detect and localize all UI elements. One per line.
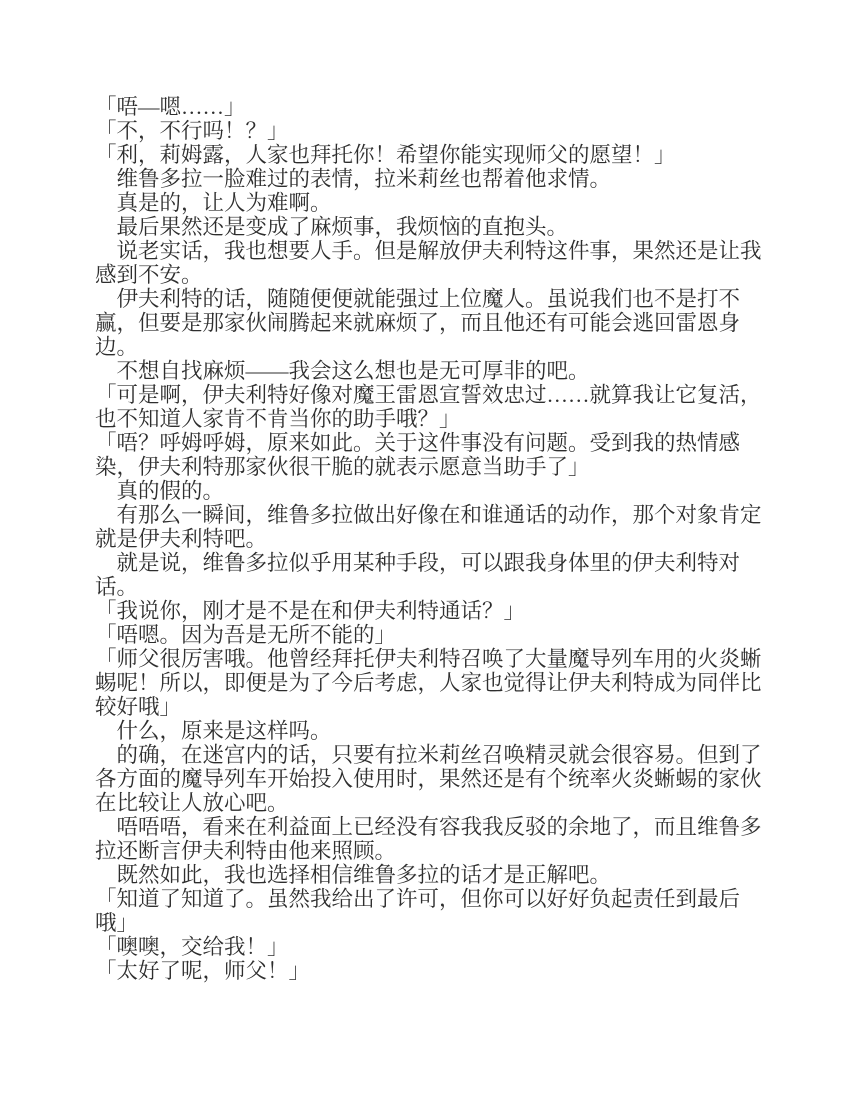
text-line: 「我说你，刚才是不是在和伊夫利特通话？」	[95, 599, 767, 623]
text-line: 唔唔唔，看来在利益面上已经没有容我我反驳的余地了，而且维鲁多	[95, 815, 767, 839]
text-line: 的确，在迷宫内的话，只要有拉米莉丝召唤精灵就会很容易。但到了	[95, 743, 767, 767]
text-line: 真的假的。	[95, 479, 767, 503]
text-line: 也不知道人家肯不肯当你的助手哦？」	[95, 407, 767, 431]
text-line: 「可是啊，伊夫利特好像对魔王雷恩宣誓效忠过……就算我让它复活，	[95, 383, 767, 407]
text-line: 维鲁多拉一脸难过的表情，拉米莉丝也帮着他求情。	[95, 167, 767, 191]
text-line: 有那么一瞬间，维鲁多拉做出好像在和谁通话的动作，那个对象肯定	[95, 503, 767, 527]
text-line: 「不，不行吗！？」	[95, 119, 767, 143]
text-line: 边。	[95, 335, 767, 359]
text-line: 话。	[95, 575, 767, 599]
text-line: 就是说，维鲁多拉似乎用某种手段，可以跟我身体里的伊夫利特对	[95, 551, 767, 575]
text-block: 「唔—嗯……」「不，不行吗！？」「利，莉姆露，人家也拜托你！希望你能实现师父的愿…	[95, 95, 767, 983]
text-line: 「唔—嗯……」	[95, 95, 767, 119]
text-line: 拉还断言伊夫利特由他来照顾。	[95, 839, 767, 863]
text-line: 「师父很厉害哦。他曾经拜托伊夫利特召唤了大量魔导列车用的火炎蜥	[95, 647, 767, 671]
text-line: 说老实话，我也想要人手。但是解放伊夫利特这件事，果然还是让我	[95, 239, 767, 263]
text-line: 最后果然还是变成了麻烦事，我烦恼的直抱头。	[95, 215, 767, 239]
text-line: 感到不安。	[95, 263, 767, 287]
text-line: 各方面的魔导列车开始投入使用时，果然还是有个统率火炎蜥蜴的家伙	[95, 767, 767, 791]
text-line: 较好哦」	[95, 695, 767, 719]
text-line: 伊夫利特的话，随随便便就能强过上位魔人。虽说我们也不是打不	[95, 287, 767, 311]
text-line: 「太好了呢，师父！」	[95, 959, 767, 983]
text-line: 「唔？呼姆呼姆，原来如此。关于这件事没有问题。受到我的热情感	[95, 431, 767, 455]
text-line: 蜴呢！所以，即便是为了今后考虑，人家也觉得让伊夫利特成为同伴比	[95, 671, 767, 695]
text-line: 「知道了知道了。虽然我给出了许可，但你可以好好负起责任到最后	[95, 887, 767, 911]
text-line: 「噢噢，交给我！」	[95, 935, 767, 959]
text-line: 既然如此，我也选择相信维鲁多拉的话才是正解吧。	[95, 863, 767, 887]
text-line: 染，伊夫利特那家伙很干脆的就表示愿意当助手了」	[95, 455, 767, 479]
text-line: 就是伊夫利特吧。	[95, 527, 767, 551]
text-line: 不想自找麻烦——我会这么想也是无可厚非的吧。	[95, 359, 767, 383]
text-line: 赢，但要是那家伙闹腾起来就麻烦了，而且他还有可能会逃回雷恩身	[95, 311, 767, 335]
text-line: 在比较让人放心吧。	[95, 791, 767, 815]
text-line: 「利，莉姆露，人家也拜托你！希望你能实现师父的愿望！」	[95, 143, 767, 167]
text-line: 「唔嗯。因为吾是无所不能的」	[95, 623, 767, 647]
text-line: 真是的，让人为难啊。	[95, 191, 767, 215]
text-line: 什么，原来是这样吗。	[95, 719, 767, 743]
document-page: 「唔—嗯……」「不，不行吗！？」「利，莉姆露，人家也拜托你！希望你能实现师父的愿…	[0, 0, 850, 1100]
text-line: 哦」	[95, 911, 767, 935]
